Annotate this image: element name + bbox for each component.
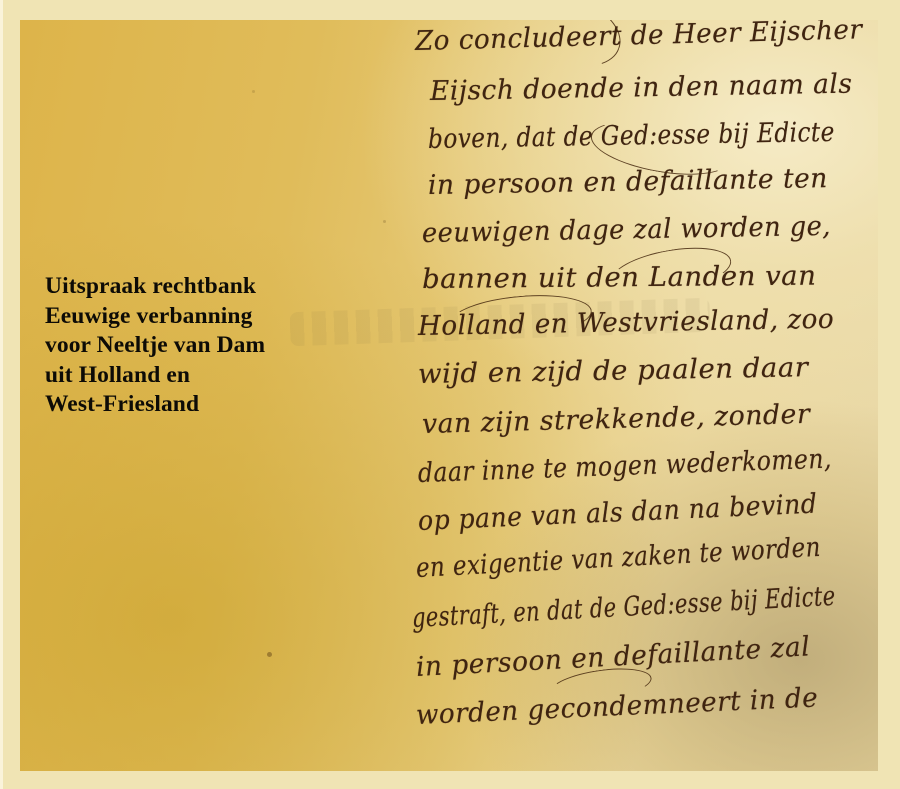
manuscript-line: daar inne te mogen wederkomen,	[417, 444, 832, 489]
manuscript-line: wijd en zijd de paalen daar	[418, 352, 809, 390]
manuscript-line: eeuwigen dage zal worden ge,	[422, 211, 831, 249]
manuscript-line: van zijn strekkende, zonder	[422, 399, 811, 440]
manuscript-line: en exigentie van zaken te worden	[415, 532, 821, 584]
frame-left-edge	[0, 0, 3, 789]
handwritten-manuscript: Zo concludeert de Heer Eijscher Eijsch d…	[20, 20, 878, 771]
manuscript-line: in persoon en defaillante ten	[428, 163, 828, 201]
document-photo: Uitspraak rechtbank Eeuwige verbanning v…	[20, 20, 878, 771]
manuscript-line: Zo concludeert de Heer Eijscher	[415, 20, 863, 57]
manuscript-line: gestraft, en dat de Ged:esse bij Edicte	[411, 581, 836, 634]
manuscript-line: Eijsch doende in den naam als	[430, 69, 853, 107]
manuscript-line: op pane van als dan na bevind	[417, 489, 818, 537]
